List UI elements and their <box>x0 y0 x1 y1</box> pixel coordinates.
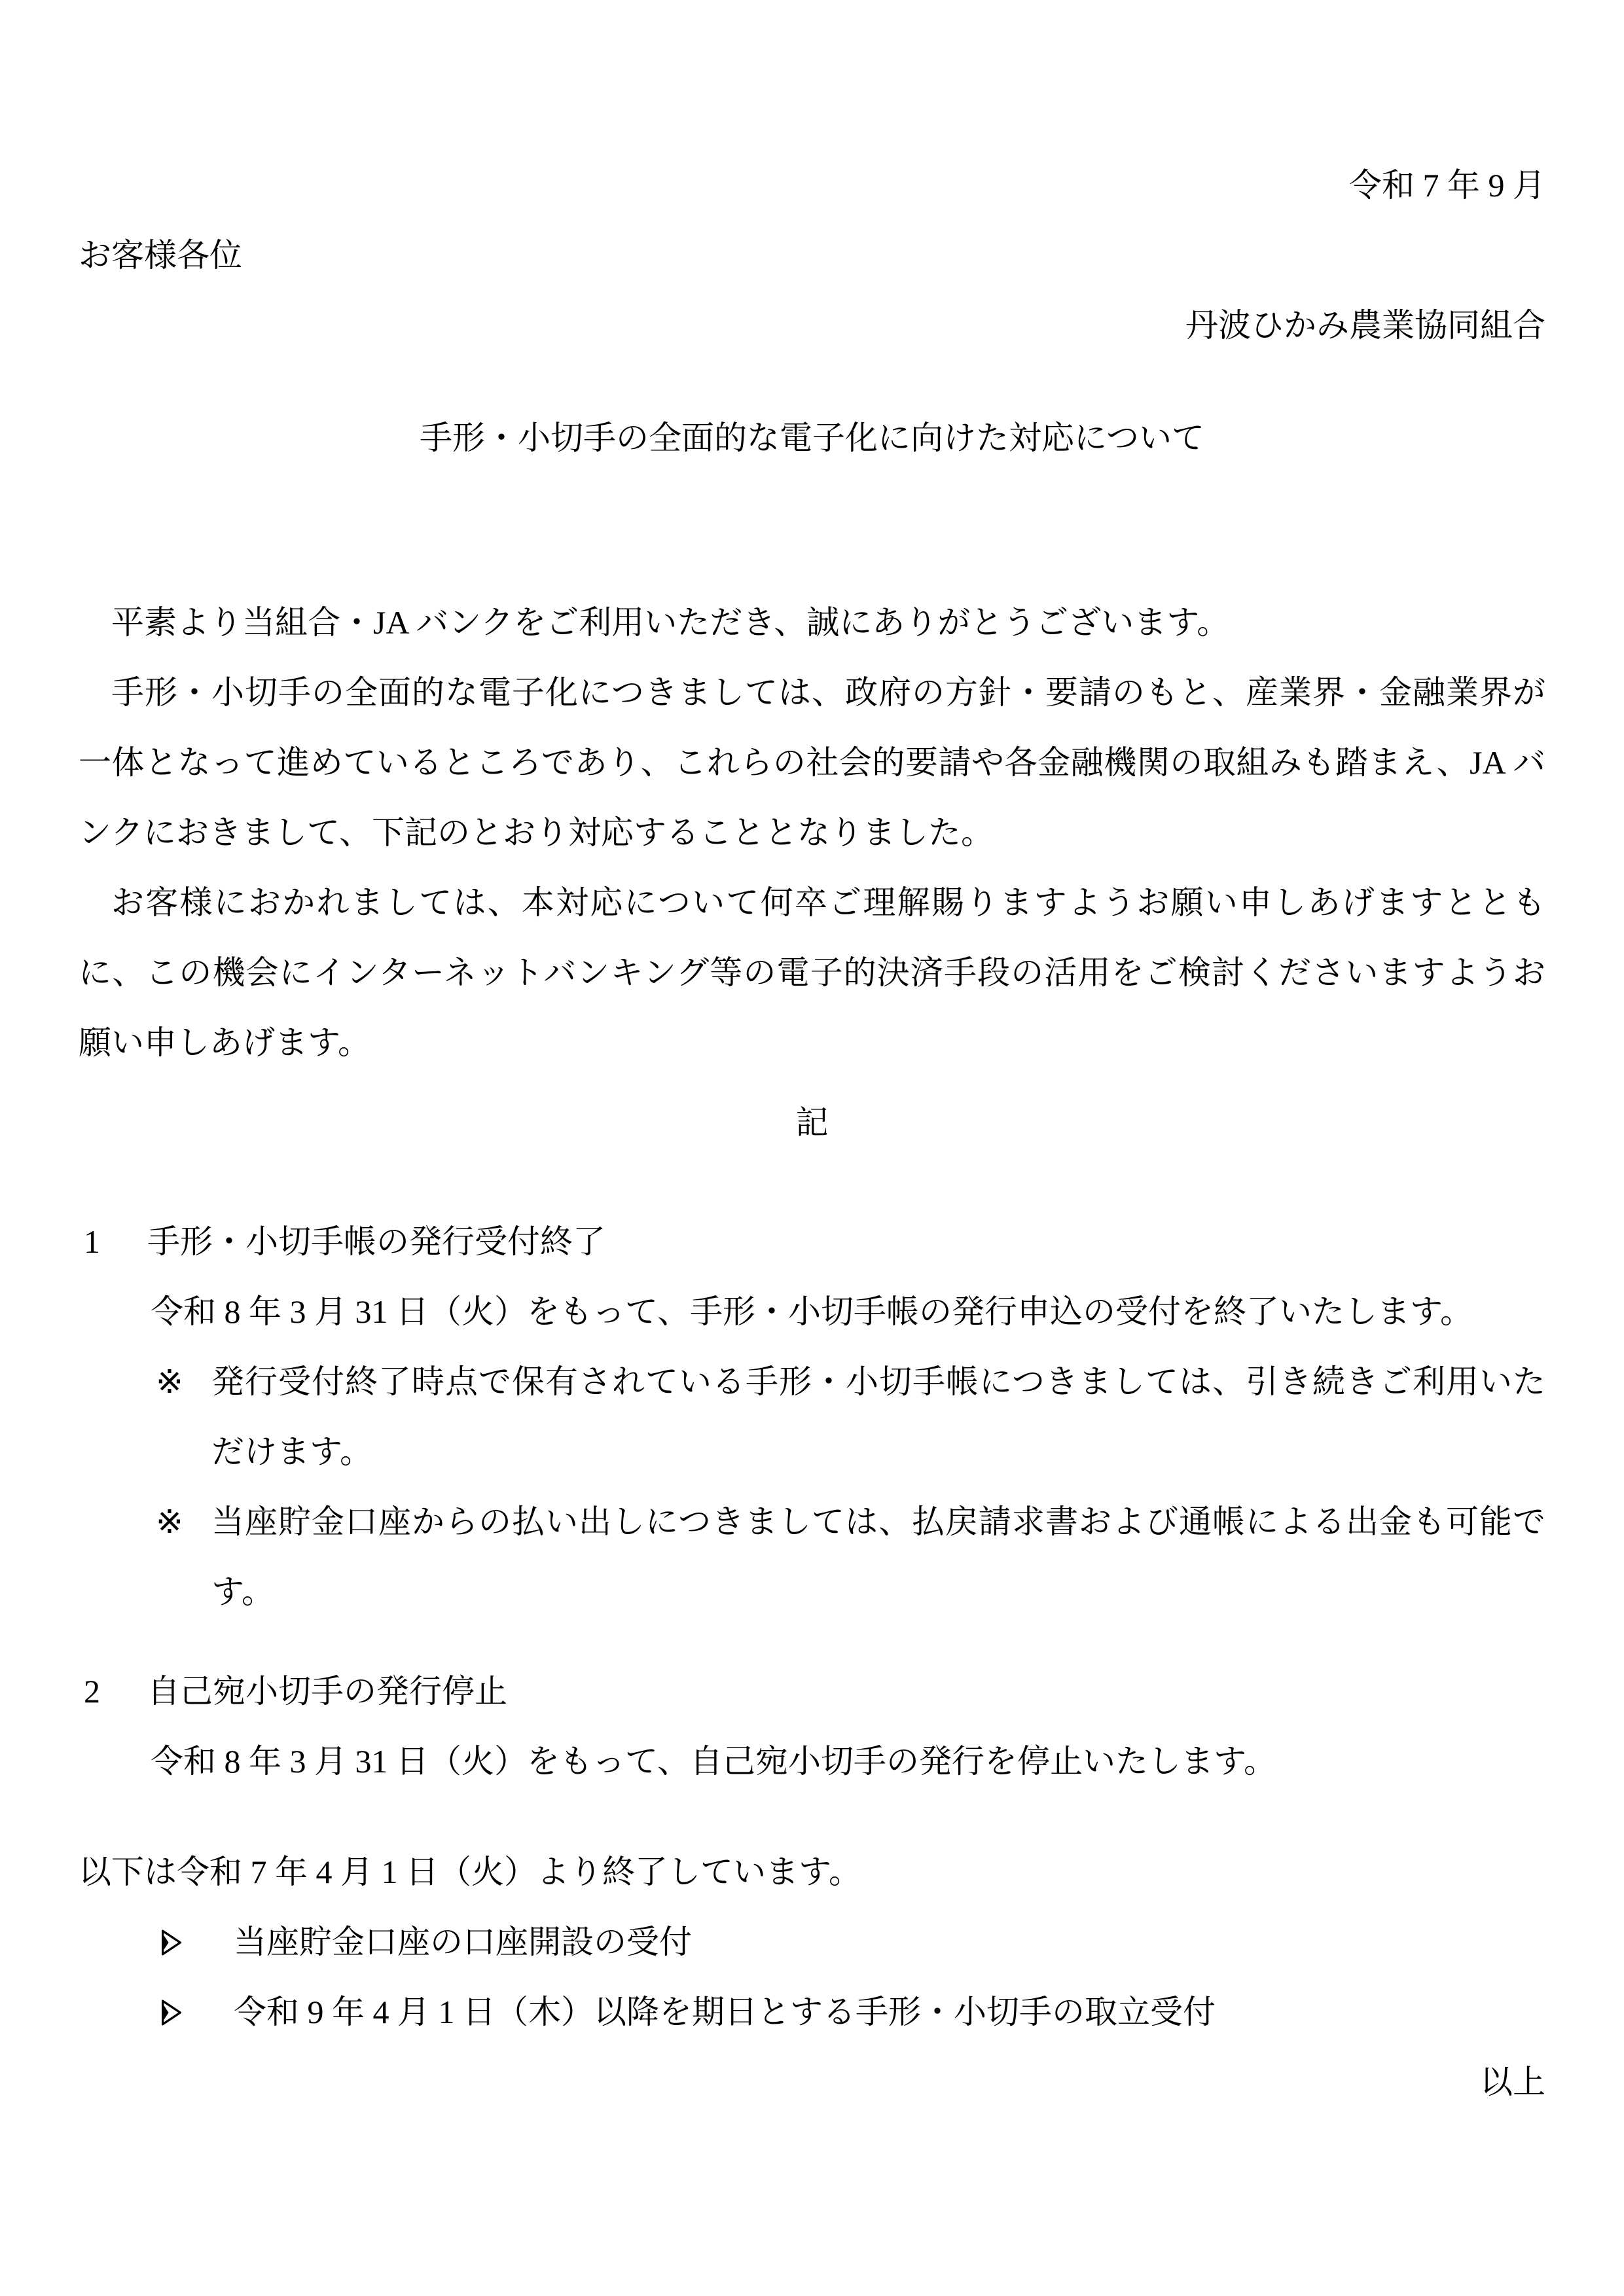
section-title: 自己宛小切手の発行停止 <box>147 1657 1545 1727</box>
arrow-bullet-icon <box>160 1977 234 2047</box>
sender-line: 丹波ひかみ農業協同組合 <box>79 291 1545 361</box>
body-paragraph: 平素より当組合・JA バンクをご利用いただき、誠にありがとうございます。 <box>79 588 1545 658</box>
end-mark: 以上 <box>79 2047 1545 2117</box>
section-heading: 2 自己宛小切手の発行停止 <box>79 1657 1545 1727</box>
section-2: 2 自己宛小切手の発行停止 令和 8 年 3 月 31 日（火）をもって、自己宛… <box>79 1657 1545 1797</box>
closing-block: 以下は令和 7 年 4 月 1 日（火）より終了しています。 当座貯金口座の口座… <box>79 1837 1545 2047</box>
arrow-bullet-icon <box>160 1907 234 1977</box>
section-number: 2 <box>79 1657 147 1727</box>
body-paragraph: 手形・小切手の全面的な電子化につきましては、政府の方針・要請のもと、産業界・金融… <box>79 658 1545 868</box>
note-marker: ※ <box>156 1487 211 1627</box>
section-body: 令和 8 年 3 月 31 日（火）をもって、自己宛小切手の発行を停止いたします… <box>151 1727 1545 1797</box>
date: 令和 7 年 9 月 <box>79 151 1545 221</box>
bullet-text: 当座貯金口座の口座開設の受付 <box>234 1907 1545 1977</box>
section-body: 令和 8 年 3 月 31 日（火）をもって、手形・小切手帳の発行申込の受付を終… <box>151 1277 1545 1347</box>
bullet-text: 令和 9 年 4 月 1 日（木）以降を期日とする手形・小切手の取立受付 <box>234 1977 1545 2047</box>
note-marker: ※ <box>156 1347 211 1487</box>
document-title: 手形・小切手の全面的な電子化に向けた対応について <box>79 403 1545 473</box>
section-number: 1 <box>79 1207 147 1277</box>
section-1: 1 手形・小切手帳の発行受付終了 令和 8 年 3 月 31 日（火）をもって、… <box>79 1207 1545 1627</box>
letter-body: 平素より当組合・JA バンクをご利用いただき、誠にありがとうございます。 手形・… <box>79 588 1545 1078</box>
closing-intro: 以下は令和 7 年 4 月 1 日（火）より終了しています。 <box>79 1837 1545 1907</box>
note-item: ※ 発行受付終了時点で保有されている手形・小切手帳につきましては、引き続きご利用… <box>156 1347 1545 1487</box>
letter-page: 令和 7 年 9 月 お客様各位 丹波ひかみ農業協同組合 手形・小切手の全面的な… <box>0 0 1624 2117</box>
ki-separator: 記 <box>79 1088 1545 1158</box>
section-title: 手形・小切手帳の発行受付終了 <box>147 1207 1545 1277</box>
body-paragraph: お客様におかれましては、本対応について何卒ご理解賜りますようお願い申しあげますと… <box>79 868 1545 1078</box>
bullet-item: 当座貯金口座の口座開設の受付 <box>160 1907 1545 1977</box>
section-heading: 1 手形・小切手帳の発行受付終了 <box>79 1207 1545 1277</box>
note-text: 当座貯金口座からの払い出しにつきましては、払戻請求書および通帳による出金も可能で… <box>211 1487 1545 1627</box>
note-text: 発行受付終了時点で保有されている手形・小切手帳につきましては、引き続きご利用いた… <box>211 1347 1545 1487</box>
note-item: ※ 当座貯金口座からの払い出しにつきましては、払戻請求書および通帳による出金も可… <box>156 1487 1545 1627</box>
bullet-item: 令和 9 年 4 月 1 日（木）以降を期日とする手形・小切手の取立受付 <box>160 1977 1545 2047</box>
recipient-line: お客様各位 <box>79 221 1545 291</box>
